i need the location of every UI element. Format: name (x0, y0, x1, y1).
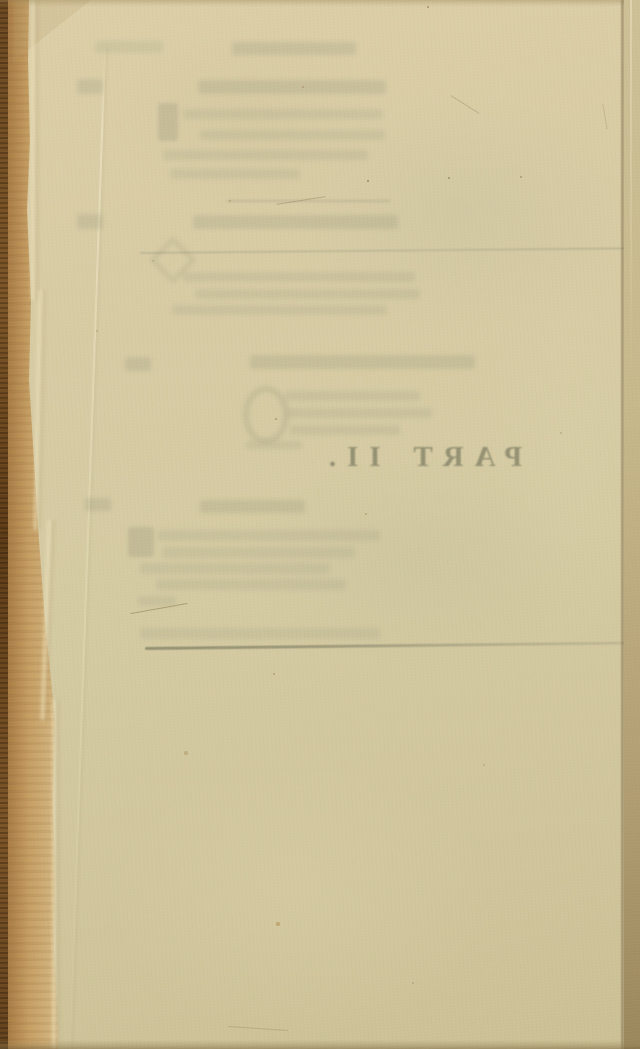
showthrough-number (125, 357, 151, 371)
paper-fiber (276, 196, 326, 205)
showthrough-line (140, 563, 330, 574)
showthrough-line (138, 596, 176, 606)
showthrough-dropcap-o (243, 386, 289, 444)
paper-texture (0, 0, 640, 1049)
showthrough-dropcap (158, 103, 178, 141)
page-right-edge (624, 0, 640, 1049)
part-ii-showthrough-text: PART II. (306, 439, 534, 475)
showthrough-line (183, 109, 383, 119)
showthrough-blob (232, 42, 356, 55)
showthrough-layer: PART II. (0, 0, 640, 1049)
showthrough-line (200, 130, 385, 140)
showthrough-line (287, 408, 432, 418)
showthrough-line (170, 169, 300, 179)
showthrough-heading (250, 355, 475, 369)
showthrough-line (285, 391, 420, 401)
torn-edge-highlight (31, 0, 35, 300)
showthrough-number (77, 79, 103, 94)
page-top-edge (0, 0, 640, 7)
paper-fiber (450, 95, 479, 114)
showthrough-rule (227, 200, 390, 202)
showthrough-line (156, 579, 346, 590)
showthrough-dropcap (128, 527, 154, 557)
torn-edge-highlight (52, 700, 56, 1049)
right-edge-highlight (630, 0, 632, 380)
showthrough-heading (198, 80, 386, 94)
showthrough-dropcap (149, 236, 197, 284)
paper-fiber (228, 1026, 288, 1031)
showthrough-line (140, 628, 380, 639)
torn-edge-highlight (33, 290, 42, 530)
paper-fiber (602, 104, 607, 130)
showthrough-line (163, 150, 368, 160)
top-left-corner-shadow (13, 0, 91, 62)
paper-fiber (130, 603, 187, 614)
paper-crease (69, 48, 106, 1049)
showthrough-heading (193, 215, 398, 229)
showthrough-line (183, 272, 415, 282)
showthrough-line (195, 289, 420, 299)
pencil-line (145, 641, 639, 650)
showthrough-heading (200, 500, 305, 513)
showthrough-long-line (140, 247, 640, 254)
showthrough-line (162, 547, 355, 558)
showthrough-line (158, 530, 380, 541)
scanned-book-page: PART II. (0, 0, 640, 1049)
showthrough-line (246, 441, 302, 449)
showthrough-line (172, 305, 387, 315)
page-bottom-edge (0, 1040, 640, 1049)
showthrough-line (290, 425, 400, 435)
